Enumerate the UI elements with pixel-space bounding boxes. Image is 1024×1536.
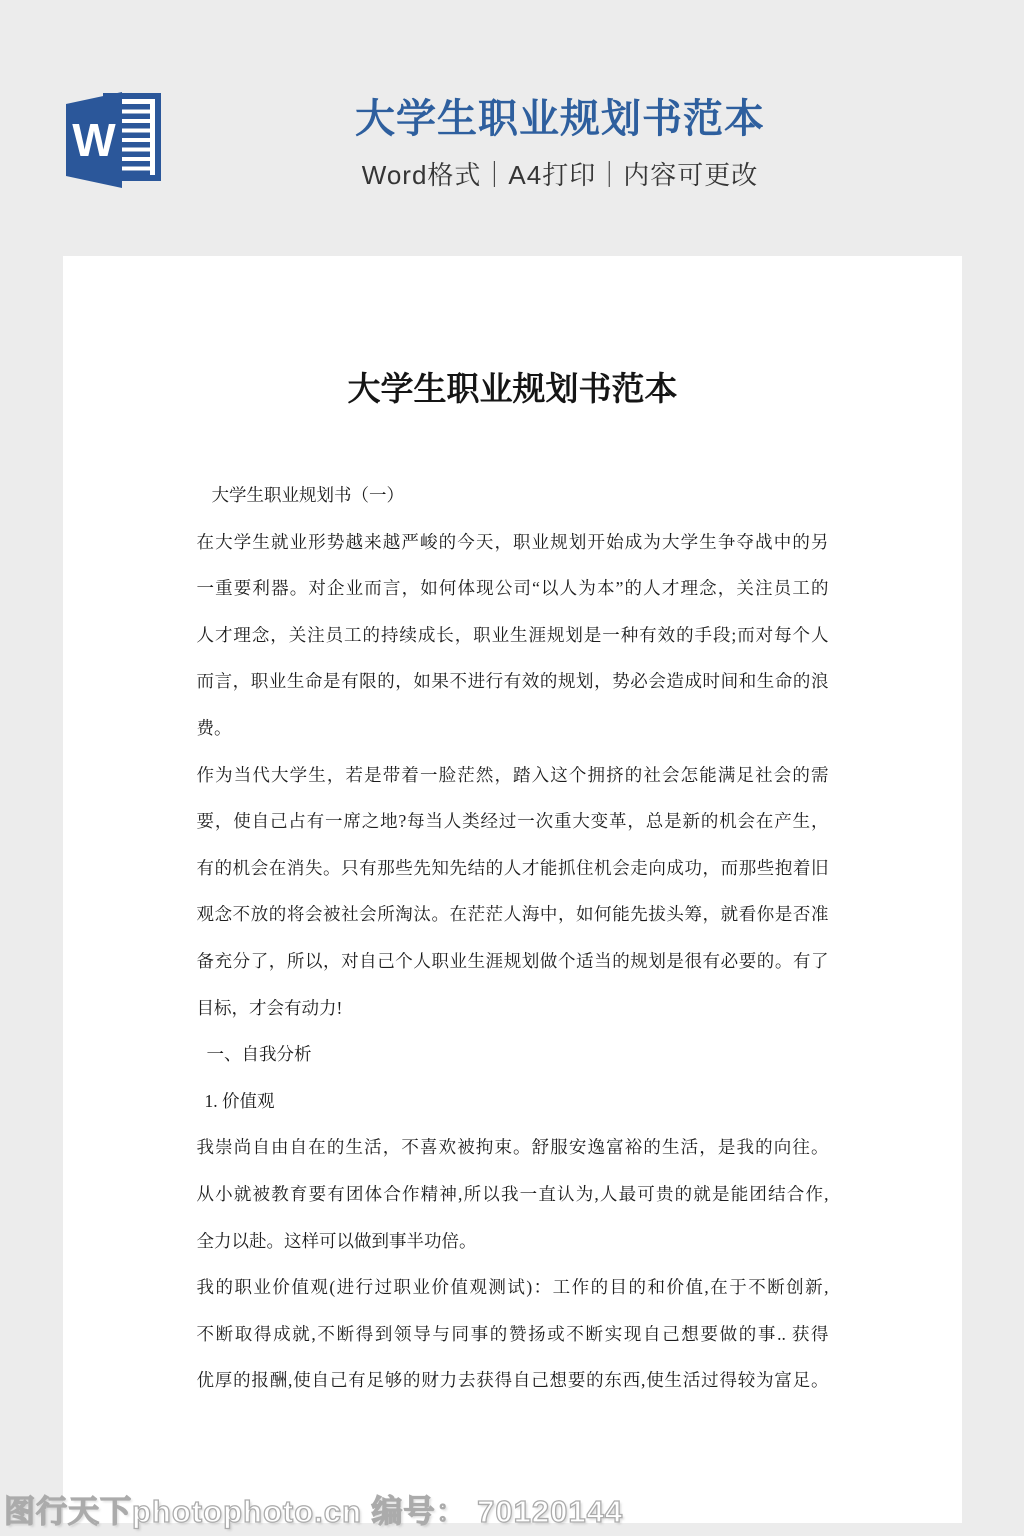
word-logo-svg: W (60, 88, 166, 192)
doc-line: 要，使自己占有一席之地?每当人类经过一次重大变革，总是新的机会在产生， (197, 798, 829, 845)
word-logo-icon: W (60, 88, 166, 192)
doc-line: 大学生职业规划书（一） (197, 472, 829, 519)
doc-section-heading: 一、自我分析 (197, 1031, 829, 1078)
doc-line: 优厚的报酬,使自己有足够的财力去获得自己想要的东西,使生活过得较为富足。 (197, 1357, 829, 1404)
doc-line: 有的机会在消失。只有那些先知先结的人才能抓住机会走向成功，而那些抱着旧 (197, 845, 829, 892)
doc-line: 费。 (197, 705, 829, 752)
doc-line: 我的职业价值观(进行过职业价值观测试)：工作的目的和价值,在于不断创新, (197, 1264, 829, 1311)
doc-line: 人才理念，关注员工的持续成长，职业生涯规划是一种有效的手段;而对每个人 (197, 612, 829, 659)
doc-line: 在大学生就业形势越来越严峻的今天，职业规划开始成为大学生争夺战中的另 (197, 519, 829, 566)
doc-line: 而言，职业生命是有限的，如果不进行有效的规划，势必会造成时间和生命的浪 (197, 658, 829, 705)
document-page: 大学生职业规划书范本 大学生职业规划书（一） 在大学生就业形势越来越严峻的今天，… (63, 256, 962, 1523)
doc-line: 作为当代大学生，若是带着一脸茫然，踏入这个拥挤的社会怎能满足社会的需 (197, 752, 829, 799)
doc-line: 一重要利器。对企业而言，如何体现公司“以人为本”的人才理念，关注员工的 (197, 565, 829, 612)
doc-subsection-heading: 1. 价值观 (197, 1078, 829, 1125)
stock-preview-page: W 大学生职业规划书范本 Word格式｜A4打印｜内容可更改 大学生职业规划书范… (0, 0, 1024, 1536)
doc-line: 观念不放的将会被社会所淘汰。在茫茫人海中，如何能先拔头筹，就看你是否准 (197, 891, 829, 938)
doc-line: 备充分了，所以，对自己个人职业生涯规划做个适当的规划是很有必要的。有了 (197, 938, 829, 985)
header: 大学生职业规划书范本 Word格式｜A4打印｜内容可更改 (160, 96, 960, 192)
doc-line: 不断取得成就,不断得到领导与同事的赞扬或不断实现自己想要做的事.. 获得 (197, 1311, 829, 1358)
document-body: 大学生职业规划书（一） 在大学生就业形势越来越严峻的今天，职业规划开始成为大学生… (197, 472, 829, 1404)
doc-line: 我崇尚自由自在的生活，不喜欢被拘束。舒服安逸富裕的生活，是我的向往。 (197, 1124, 829, 1171)
document-title: 大学生职业规划书范本 (63, 368, 962, 412)
template-title: 大学生职业规划书范本 (160, 96, 960, 142)
doc-line: 从小就被教育要有团体合作精神,所以我一直认为,人最可贵的就是能团结合作, (197, 1171, 829, 1218)
doc-line: 目标，才会有动力! (197, 985, 829, 1032)
doc-line: 全力以赴。这样可以做到事半功倍。 (197, 1218, 829, 1265)
word-logo-w: W (72, 114, 116, 166)
template-subtitle: Word格式｜A4打印｜内容可更改 (160, 155, 960, 192)
watermark-text: 图行天下photophoto.cn 编号： 70120144 (4, 1486, 623, 1531)
